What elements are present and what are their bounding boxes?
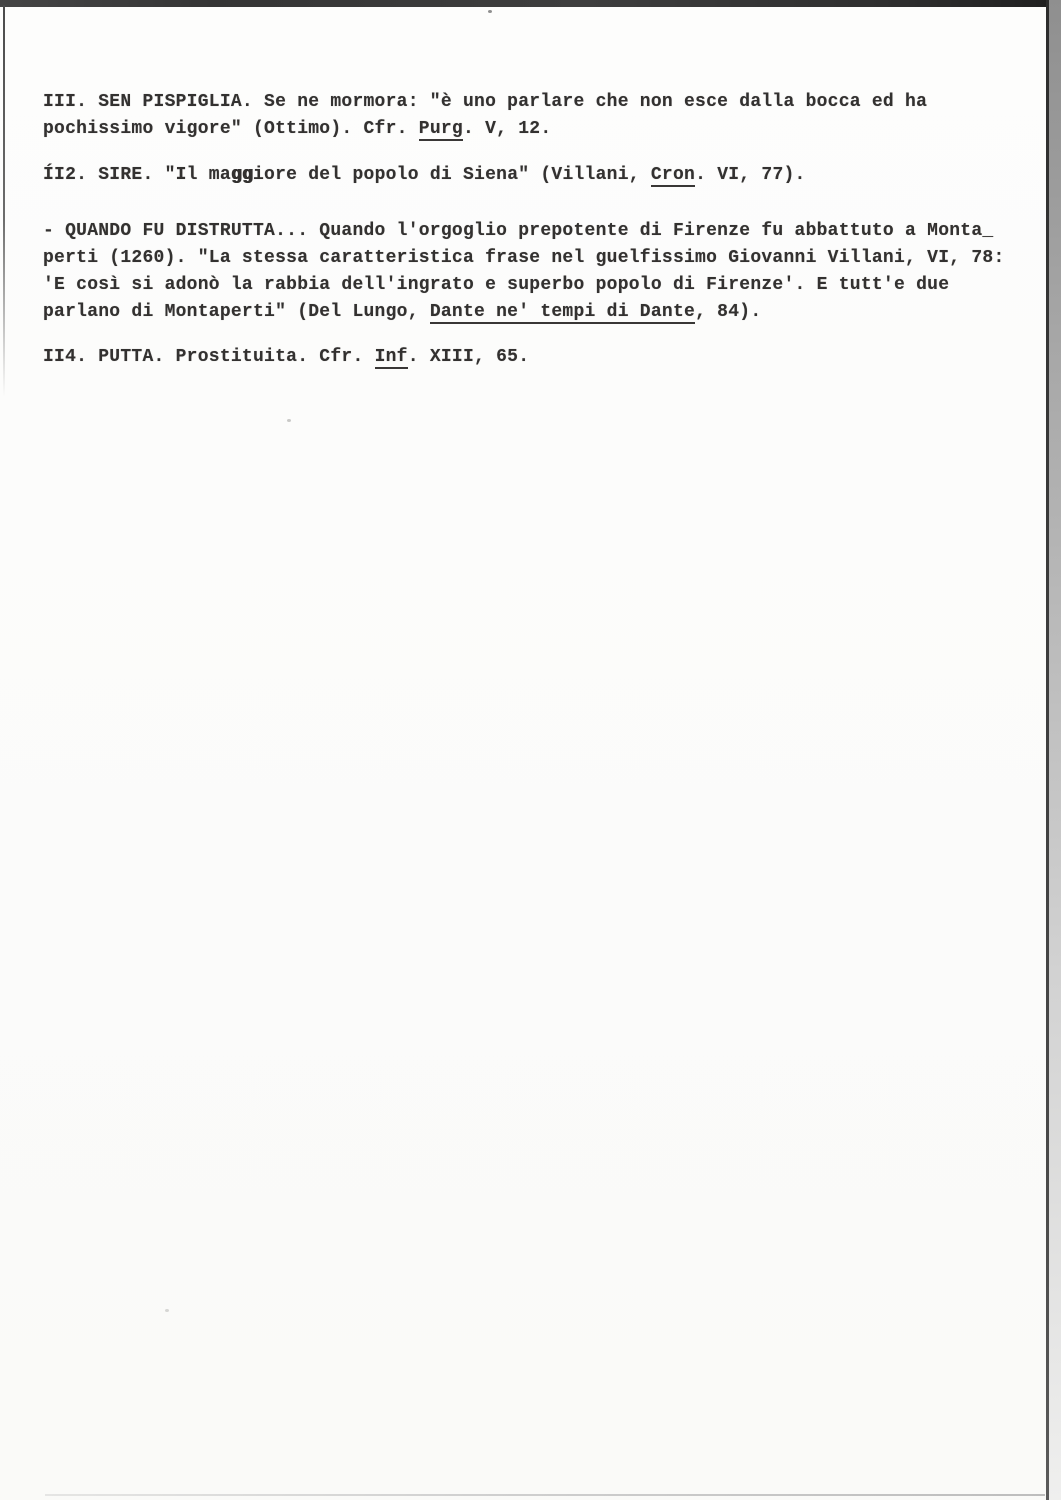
entry-reference-underlined: Inf — [375, 347, 408, 369]
scan-speck — [488, 10, 492, 13]
note-entry-114-putta: II4. PUTTA. Prostituita. Cfr. Inf. XIII,… — [43, 344, 1018, 371]
entry-reference-underlined: Dante ne' tempi di Dante — [430, 302, 695, 324]
note-entry-112-sire: ÍI2. SIRE. "Il maggiore del popolo di Si… — [43, 162, 1018, 189]
entry-text: II4. PUTTA. Prostituita. Cfr. — [43, 347, 375, 367]
scan-edge-bottom — [45, 1494, 1045, 1496]
note-entry-111-sen-pispiglia: III. SEN PISPIGLIA. Se ne mormora: "è un… — [43, 89, 1018, 143]
scan-edge-right-margin — [1049, 0, 1061, 1500]
scan-speck — [165, 1309, 169, 1312]
note-entry-quando-fu-distrutta: - QUANDO FU DISTRUTTA... Quando l'orgogl… — [43, 218, 1018, 326]
entry-text: iore del popolo di Siena" (Villani, — [253, 165, 651, 185]
entry-text: . VI, 77). — [695, 165, 806, 185]
entry-text: ÍI2. SIRE. "Il ma — [43, 165, 231, 185]
entry-reference-underlined: Purg — [419, 119, 463, 141]
scan-speck — [287, 419, 291, 422]
entry-reference-underlined: Cron — [651, 165, 695, 187]
scan-edge-right-line — [1046, 0, 1049, 1500]
scanned-document-page: III. SEN PISPIGLIA. Se ne mormora: "è un… — [0, 0, 1061, 1500]
entry-text: . XIII, 65. — [408, 347, 530, 367]
entry-text: , 84). — [695, 302, 761, 322]
entry-text: . V, 12. — [463, 119, 551, 139]
entry-overstrike-text: gg — [231, 165, 253, 185]
scan-edge-top — [0, 0, 1061, 7]
document-text: III. SEN PISPIGLIA. Se ne mormora: "è un… — [43, 89, 1018, 371]
scan-edge-left — [3, 5, 5, 397]
